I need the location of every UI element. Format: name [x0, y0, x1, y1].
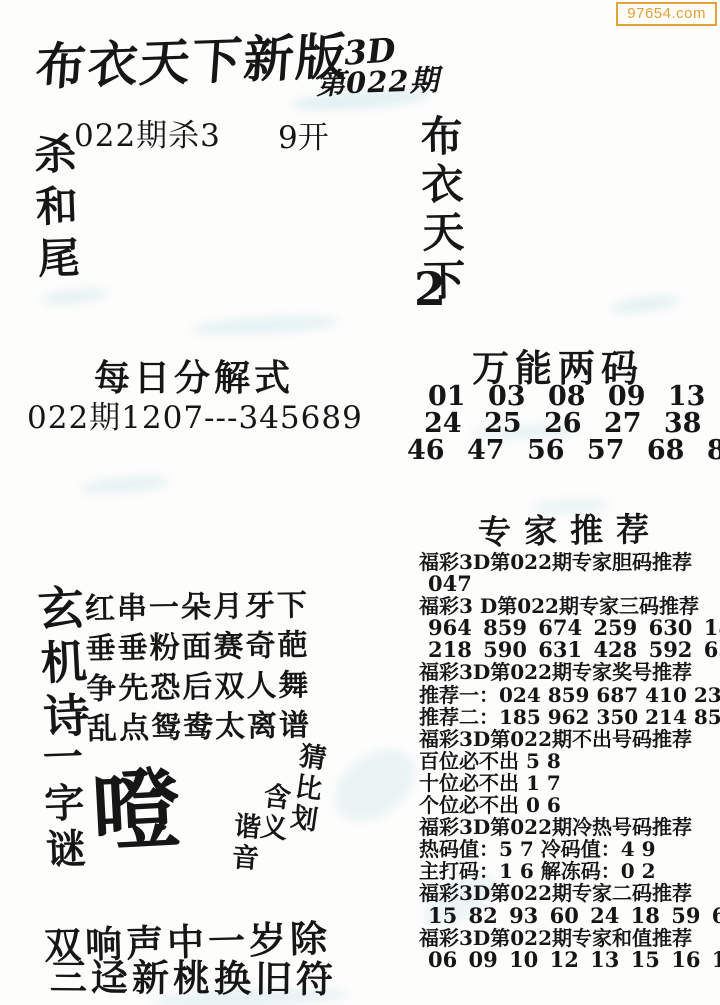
- expert-line: 福彩3D第022期专家奖号推荐: [419, 661, 711, 683]
- expert-line: 06 09 10 12 13 15 16 19 23: [419, 949, 711, 971]
- expert-line: 百位必不出 5 8: [419, 750, 711, 772]
- universal-codes-row: 46 47 56 57 68 89: [407, 435, 720, 466]
- poem-line: 乱点鸳鸯太离谱: [87, 706, 312, 750]
- expert-line: 047: [419, 573, 711, 595]
- poem-line: 红串一朵月牙下: [85, 586, 310, 630]
- riddle-label: 一字谜: [31, 735, 93, 875]
- expert-line: 推荐一：024 859 687 410 238: [419, 684, 711, 706]
- daily-decomposition-formula: 022期1207---345689: [27, 392, 363, 437]
- expert-recommendation-title: 专家推荐: [478, 503, 663, 553]
- background-smudge: [609, 293, 680, 316]
- expert-recommendation-block: 福彩3D第022期专家胆码推荐 047 福彩3 D第022期专家三码推荐 964…: [419, 551, 711, 971]
- footer-poem-line: 三迳新桃换旧符: [50, 947, 337, 1004]
- background-smudge: [40, 286, 111, 306]
- site-watermark-badge: 97654.com: [616, 2, 717, 26]
- expert-line: 福彩3 D第022期专家三码推荐: [419, 595, 711, 617]
- riddle-character: 噔: [90, 764, 183, 856]
- background-smudge: [321, 735, 429, 836]
- expert-line: 主打码：1 6 解冻码：0 2: [419, 860, 711, 882]
- lottery-tip-sheet: 97654.com 布衣天下新版 3D 第022期 022期杀3 9开 杀和尾 …: [0, 0, 720, 1005]
- expert-line: 推荐二：185 962 350 214 859: [419, 706, 711, 728]
- right-vertical-number: 2: [414, 262, 446, 316]
- background-smudge: [80, 474, 171, 496]
- expert-line: 福彩3D第022期不出号码推荐: [419, 728, 711, 750]
- expert-line: 福彩3D第022期专家二码推荐: [419, 882, 711, 904]
- expert-line: 15 82 93 60 24 18 59 67 47: [419, 905, 711, 927]
- expert-line: 十位必不出 1 7: [419, 772, 711, 794]
- background-smudge: [190, 314, 341, 337]
- poem-line: 争先恐后双人舞: [86, 666, 311, 710]
- poem-line: 垂垂粉面赛奇葩: [85, 626, 310, 670]
- left-vertical-label: 杀和尾: [21, 131, 86, 289]
- expert-line: 福彩3D第022期专家胆码推荐: [419, 551, 711, 573]
- page-title: 布衣天下新版: [34, 16, 351, 99]
- issue-number: 第022期: [315, 58, 440, 103]
- kill-number-line: 022期杀3: [74, 110, 221, 155]
- expert-line: 218 590 631 428 592 638 147: [419, 639, 711, 661]
- expert-line: 福彩3D第022期专家和值推荐: [419, 927, 711, 949]
- expert-line: 福彩3D第022期冷热号码推荐: [419, 816, 711, 838]
- expert-line: 个位必不出 0 6: [419, 794, 711, 816]
- mystery-poem-block: 红串一朵月牙下 垂垂粉面赛奇葩 争先恐后双人舞 乱点鸳鸯太离谱: [85, 586, 312, 750]
- expert-line: 热码值：5 7 冷码值：4 9: [419, 838, 711, 860]
- expert-line: 964 859 674 259 630 189 587: [419, 617, 711, 639]
- open-number-line: 9开: [278, 112, 329, 157]
- riddle-hint: 谐音: [222, 811, 265, 876]
